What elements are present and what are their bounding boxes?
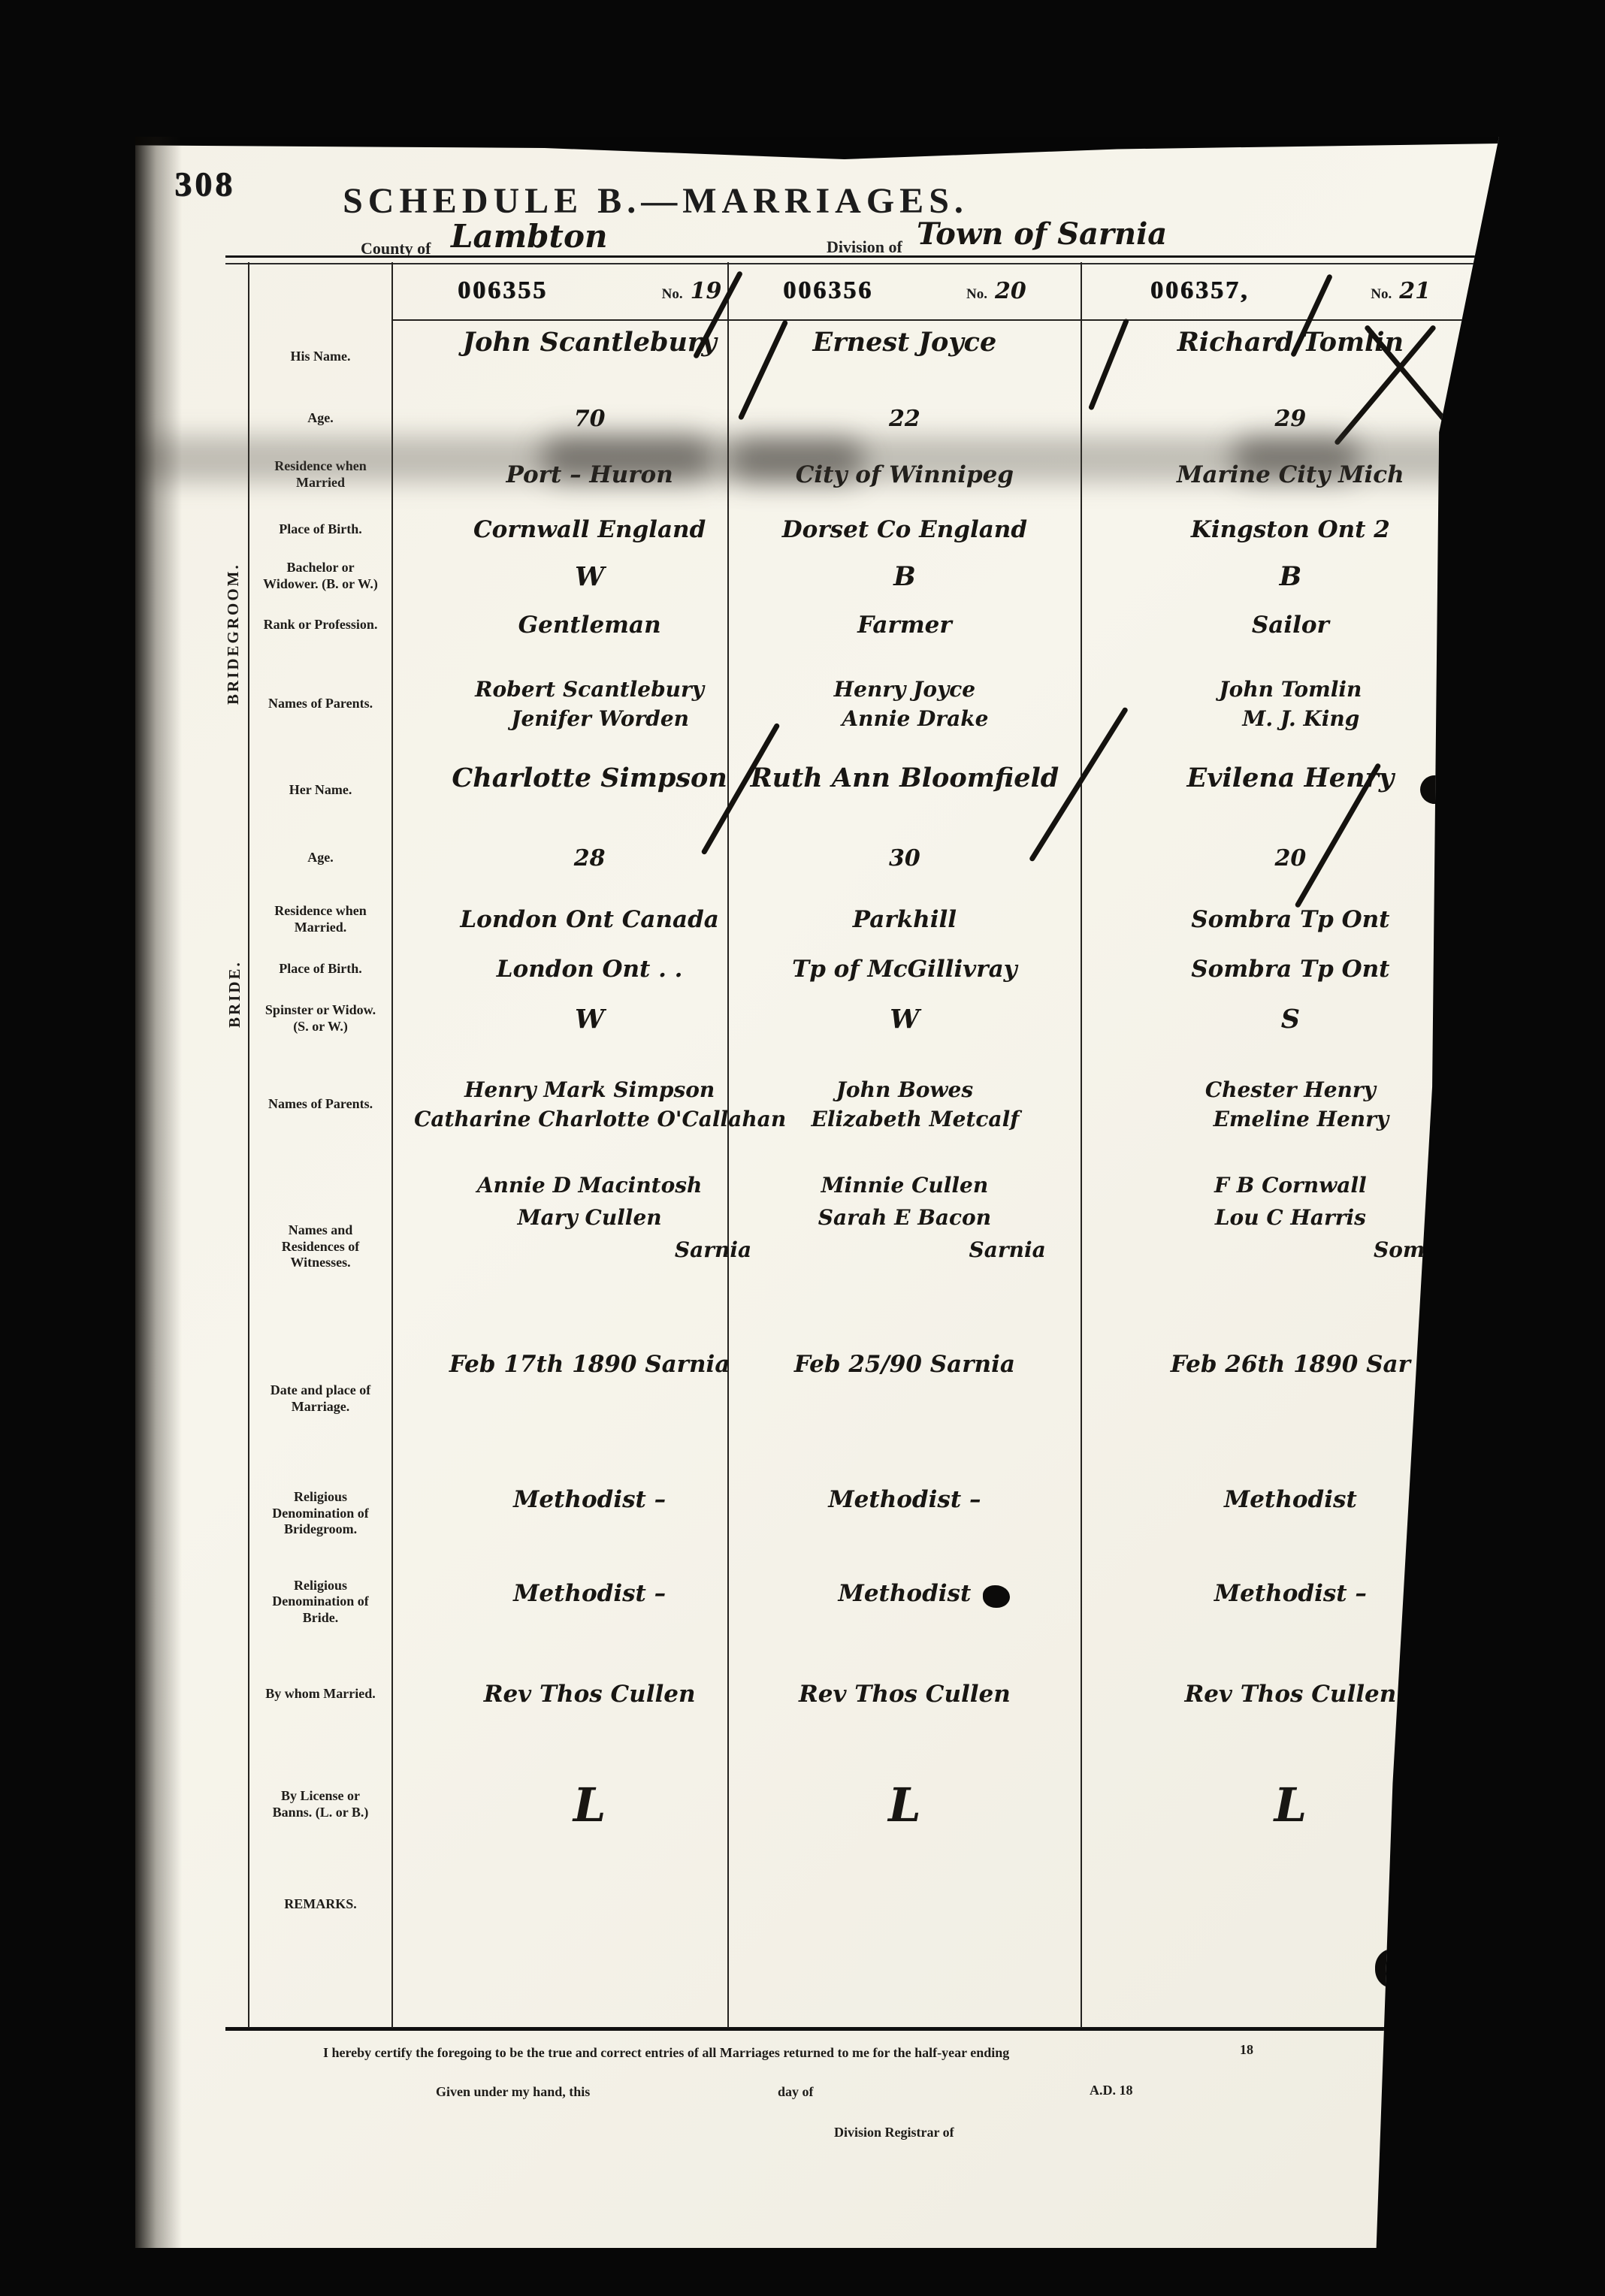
her-birthplace: Tp of McGillivray bbox=[792, 956, 1017, 983]
her-father: Henry Mark Simpson bbox=[464, 1077, 715, 1102]
denomination-bride: Methodist bbox=[839, 1580, 972, 1607]
denomination-bridegroom: Methodist – bbox=[828, 1486, 981, 1513]
marriage-date: Feb 26th 1890 Sar bbox=[1171, 1351, 1410, 1378]
row-label-parents-groom: Names of Parents. bbox=[249, 651, 391, 757]
certification-year: 18 bbox=[1240, 2042, 1253, 2058]
scan-smudge bbox=[729, 439, 864, 481]
row-label-bachelor: Bachelor or Widower. (B. or W.) bbox=[249, 554, 391, 599]
his-mother: Jenifer Worden bbox=[511, 706, 689, 731]
witness-residence: Sombra bbox=[1374, 1237, 1464, 1262]
row-label-residence-bride: Residence when Married. bbox=[249, 892, 391, 947]
ink-blob bbox=[983, 1585, 1010, 1608]
her-age: 28 bbox=[574, 845, 606, 872]
marriage-date: Feb 17th 1890 Sarnia bbox=[449, 1351, 730, 1378]
division-value: Town of Sarnia bbox=[917, 216, 1167, 252]
her-residence: London Ont Canada bbox=[460, 906, 719, 933]
row-label-parents-bride: Names of Parents. bbox=[249, 1046, 391, 1162]
row-label-by-whom: By whom Married. bbox=[249, 1643, 391, 1745]
given-under-hand: Given under my hand, this bbox=[436, 2084, 590, 2100]
his-birthplace: Dorset Co England bbox=[782, 516, 1027, 543]
ink-blob bbox=[1420, 775, 1449, 804]
her-age: 30 bbox=[889, 845, 920, 872]
license-or-banns: L bbox=[888, 1778, 921, 1832]
his-father: Henry Joyce bbox=[834, 677, 975, 702]
witness-1: Annie D Macintosh bbox=[477, 1173, 703, 1198]
marriage-date: Feb 25/90 Sarnia bbox=[794, 1351, 1015, 1378]
bachelor-or-widower: B bbox=[1280, 561, 1302, 592]
spinster-or-widow: S bbox=[1281, 1004, 1300, 1035]
her-father: Chester Henry bbox=[1205, 1077, 1376, 1102]
witness-1: F B Cornwall bbox=[1214, 1173, 1367, 1198]
no-label: No. bbox=[966, 286, 987, 302]
division-label: Division of bbox=[827, 237, 902, 257]
denomination-bridegroom: Methodist bbox=[1224, 1486, 1357, 1513]
spinster-or-widow: W bbox=[890, 1004, 919, 1035]
marriage-table: His Name. Age. Residence when Married Pl… bbox=[248, 262, 1499, 2028]
her-birthplace: Sombra Tp Ont bbox=[1191, 956, 1389, 983]
denomination-bride: Methodist – bbox=[513, 1580, 666, 1607]
license-or-banns: L bbox=[573, 1778, 606, 1832]
spinster-or-widow: W bbox=[575, 1004, 604, 1035]
record-column-21: 006357, No.21 Richard Tomlin 29 Marine C… bbox=[1082, 262, 1499, 2028]
his-name: Ernest Joyce bbox=[813, 327, 997, 358]
page-title: SCHEDULE B.—MARRIAGES. bbox=[135, 180, 1176, 222]
profession: Farmer bbox=[857, 612, 952, 639]
serial-number: 006356 bbox=[783, 276, 873, 305]
denomination-bridegroom: Methodist – bbox=[513, 1486, 666, 1513]
his-father: John Tomlin bbox=[1219, 677, 1362, 702]
his-age: 22 bbox=[889, 406, 920, 432]
row-label-column: His Name. Age. Residence when Married Pl… bbox=[248, 262, 393, 2028]
her-mother: Emeline Henry bbox=[1214, 1107, 1389, 1131]
row-label-remarks: REMARKS. bbox=[249, 1865, 391, 2028]
license-or-banns: L bbox=[1274, 1778, 1307, 1832]
witness-residence: Sarnia bbox=[969, 1237, 1045, 1262]
row-label-rank: Rank or Profession. bbox=[249, 599, 391, 651]
her-name: Charlotte Simpson bbox=[452, 763, 727, 793]
his-birthplace: Kingston Ont 2 bbox=[1191, 516, 1390, 543]
her-residence: Sombra Tp Ont bbox=[1191, 906, 1389, 933]
division-registrar: Division Registrar of bbox=[834, 2125, 954, 2140]
bridegroom-section-label: BRIDEGROOM. bbox=[224, 563, 243, 705]
profession: Gentleman bbox=[518, 612, 661, 639]
row-label-her-name: Her Name. bbox=[249, 757, 391, 824]
record-no: 20 bbox=[995, 278, 1026, 304]
bachelor-or-widower: W bbox=[575, 561, 604, 592]
record-column-19: 006355 No.19 John Scantlebury 70 Port – … bbox=[393, 262, 729, 2028]
her-father: John Bowes bbox=[836, 1077, 973, 1102]
row-label-birth-bride: Place of Birth. bbox=[249, 947, 391, 992]
his-name: John Scantlebury bbox=[463, 327, 717, 358]
his-age: 70 bbox=[574, 406, 606, 432]
bride-section-label: BRIDE. bbox=[225, 960, 244, 1028]
scan-edge-tear bbox=[135, 137, 1499, 159]
scanned-marriage-register: 308 SCHEDULE B.—MARRIAGES. County of Lam… bbox=[0, 0, 1605, 2296]
bachelor-or-widower: B bbox=[893, 561, 916, 592]
witness-1: Minnie Cullen bbox=[821, 1173, 989, 1198]
denomination-bride: Methodist – bbox=[1214, 1580, 1367, 1607]
county-value: Lambton bbox=[451, 218, 608, 255]
his-birthplace: Cornwall England bbox=[473, 516, 706, 543]
witness-2: Mary Cullen bbox=[518, 1205, 662, 1230]
ad-year: A.D. 18 bbox=[1090, 2083, 1133, 2098]
his-mother: Annie Drake bbox=[842, 706, 988, 731]
married-by: Rev Thos Cullen bbox=[484, 1681, 696, 1708]
ink-blob bbox=[1419, 1518, 1443, 1542]
row-label-age-bride: Age. bbox=[249, 824, 391, 892]
day-of: day of bbox=[778, 2084, 814, 2100]
record-column-20: 006356 No.20 Ernest Joyce 22 City of Win… bbox=[729, 262, 1082, 2028]
her-birthplace: London Ont . . bbox=[497, 956, 683, 983]
row-label-date-place: Date and place of Marriage. bbox=[249, 1331, 391, 1467]
record-no: 21 bbox=[1399, 278, 1431, 304]
married-by: Rev Thos Cullen bbox=[799, 1681, 1011, 1708]
row-label-spinster: Spinster or Widow. (S. or W.) bbox=[249, 992, 391, 1046]
certification-text: I hereby certify the foregoing to be the… bbox=[323, 2045, 1009, 2061]
row-label-witnesses: Names and Residences of Witnesses. bbox=[249, 1162, 391, 1331]
row-label-denom-bride: Religious Denomination of Bride. bbox=[249, 1560, 391, 1643]
row-label-denom-groom: Religious Denomination of Bridegroom. bbox=[249, 1467, 391, 1560]
his-mother: M. J. King bbox=[1242, 706, 1359, 731]
serial-number: 006357, bbox=[1150, 276, 1250, 305]
his-father: Robert Scantlebury bbox=[475, 677, 704, 702]
her-mother: Elizabeth Metcalf bbox=[812, 1107, 1020, 1131]
scan-smudge bbox=[1232, 437, 1360, 478]
scan-smudge bbox=[541, 436, 714, 479]
row-label-birth-groom: Place of Birth. bbox=[249, 505, 391, 554]
row-label-license: By License or Banns. (L. or B.) bbox=[249, 1745, 391, 1865]
her-age: 20 bbox=[1275, 845, 1307, 872]
ink-blob bbox=[1375, 1949, 1411, 1988]
her-residence: Parkhill bbox=[853, 906, 957, 933]
her-name: Ruth Ann Bloomfield bbox=[751, 763, 1059, 793]
witness-2: Sarah E Bacon bbox=[818, 1205, 991, 1230]
witness-2: Lou C Harris bbox=[1215, 1205, 1366, 1230]
no-label: No. bbox=[1371, 286, 1392, 302]
record-no: 19 bbox=[691, 278, 722, 304]
married-by: Rev Thos Cullen bbox=[1184, 1681, 1396, 1708]
register-page: 308 SCHEDULE B.—MARRIAGES. County of Lam… bbox=[135, 137, 1499, 2248]
his-age: 29 bbox=[1275, 406, 1307, 432]
no-label: No. bbox=[662, 286, 683, 302]
row-label-his-name: His Name. bbox=[249, 321, 391, 392]
profession: Sailor bbox=[1252, 612, 1329, 639]
serial-number: 006355 bbox=[458, 276, 548, 305]
